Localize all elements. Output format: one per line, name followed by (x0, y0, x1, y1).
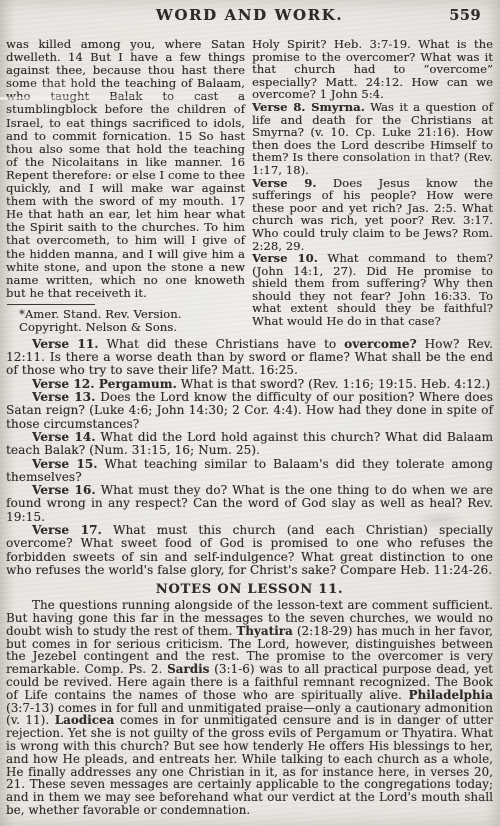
footnote-line-1: *Amer. Stand. Rev. Version. (6, 308, 245, 322)
verse-17-paragraph: Verse 17. What must this church (and eac… (6, 524, 493, 577)
journal-title: WORD AND WORK. (6, 6, 493, 24)
scripture-column: was killed among you, where Satan dwelle… (6, 38, 245, 335)
question-paragraph-verse7-cont: Holy Spirit? Heb. 3:7-19. What is the pr… (252, 38, 493, 101)
question-paragraph-verse9: Verse 9. Does Jesus know the sufferings … (252, 177, 493, 253)
verse-11-paragraph: Verse 11. What did these Christians have… (6, 338, 493, 378)
footnote-rule (7, 304, 95, 305)
verse-13-paragraph: Verse 13. Does the Lord know the difficu… (6, 391, 493, 431)
question-paragraph-verse8: Verse 8. Smyrna. Was it a question of li… (252, 101, 493, 177)
page-header: WORD AND WORK. 559 (6, 6, 493, 30)
footnote: *Amer. Stand. Rev. Version. Copyright. N… (6, 304, 245, 335)
notes-heading: NOTES ON LESSON 11. (6, 582, 493, 597)
question-paragraph-verse10: Verse 10. What command to them? (John 14… (252, 252, 493, 328)
two-column-section: was killed among you, where Satan dwelle… (6, 38, 493, 335)
page-number: 559 (449, 7, 481, 24)
verse-questions-section: Verse 11. What did these Christians have… (6, 338, 493, 577)
verse-12-paragraph: Verse 12. Pergamum. What is that sword? … (6, 378, 493, 391)
verse-16-paragraph: Verse 16. What must they do? What is the… (6, 484, 493, 524)
notes-paragraph: The questions running alongside of the l… (6, 599, 493, 817)
questions-column: Holy Spirit? Heb. 3:7-19. What is the pr… (252, 38, 493, 328)
verse-15-paragraph: Verse 15. What teaching similar to Balaa… (6, 458, 493, 485)
footnote-line-2: Copyright. Nelson & Sons. (6, 321, 245, 335)
notes-section: NOTES ON LESSON 11. The questions runnin… (6, 582, 493, 817)
verse-14-paragraph: Verse 14. What did the Lord hold against… (6, 431, 493, 458)
scanned-page: WORD AND WORK. 559 was killed among you,… (0, 0, 500, 826)
scripture-text: was killed among you, where Satan dwelle… (6, 38, 245, 300)
